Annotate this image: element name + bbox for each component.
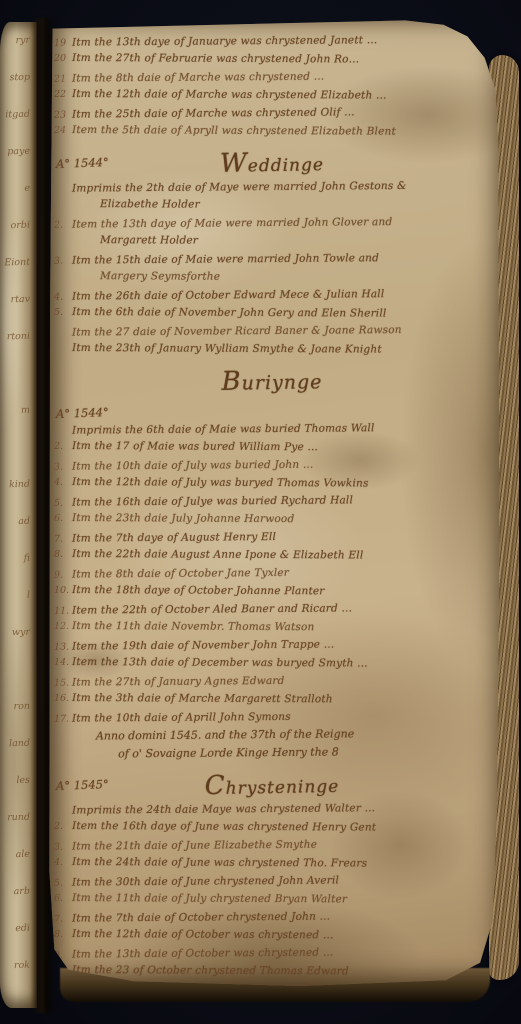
- entry-number: 4.: [54, 854, 72, 872]
- burials-header-row: Buriynge: [54, 366, 490, 396]
- entry-text: Item the 5th daie of Apryll was chrysten…: [72, 121, 396, 141]
- entry-number: 8.: [54, 926, 72, 944]
- entry-text: Item the 16th daye of June was chrystene…: [72, 817, 376, 837]
- entry-text: Itm the 11th daie of July chrystened Bry…: [72, 889, 347, 908]
- burials-heading: Buriynge: [54, 362, 490, 402]
- facing-page-text-fragment: rtav: [0, 281, 37, 319]
- section-weddings: Imprimis the 2th daie of Maye were marri…: [54, 178, 490, 358]
- facing-page-text-fragment: stop: [0, 59, 37, 97]
- facing-page-text-fragment: rtoni: [0, 318, 37, 356]
- facing-page-text-fragment: Eiont: [0, 244, 37, 282]
- colophon-line: of o' Sovaigne Lorde Kinge Henry the 8: [54, 742, 490, 764]
- entry-text: Itm the 23 of October chrystened Thomas …: [72, 961, 349, 980]
- entry-text: Itm the 10th daie of Aprill John Symons: [72, 708, 291, 728]
- facing-page-text-fragment: land: [0, 725, 37, 763]
- facing-page-text-fragment: paye: [0, 133, 37, 171]
- photo-background: ryrstopitgadpayeeorbiEiontrtavrtonimkind…: [0, 0, 521, 1024]
- facing-page-text-fragment: itgad: [0, 96, 37, 134]
- facing-page-text-fragment: orbi: [0, 207, 37, 245]
- entry-number: 24: [54, 122, 72, 140]
- entry-number: 17.: [54, 711, 72, 728]
- entry-text: Itm the 24th daie of June was chrystened…: [72, 853, 367, 873]
- facing-page-text-fragment: edi: [0, 910, 37, 948]
- facing-page-text-fragment: ad: [0, 503, 37, 541]
- entry-number: 12.: [54, 618, 72, 636]
- facing-page-text-fragment: l: [0, 577, 37, 615]
- section-gap: [54, 140, 490, 146]
- facing-page-text-fragment: [0, 355, 37, 393]
- entry-text: Elizabethe Holder: [72, 195, 200, 214]
- entry-text: Item the 13th daie of December was burye…: [72, 653, 368, 673]
- entry-text: Itm the 22th daie August Anne Ipone & El…: [72, 545, 363, 565]
- entry-text: Itm the 27th of Februarie was chrystened…: [72, 49, 359, 69]
- register-entry: Itm the 23th of January Wylliam Smythe &…: [54, 339, 490, 359]
- entry-number: 6.: [54, 510, 72, 528]
- entry-text: Margarett Holder: [72, 231, 198, 250]
- facing-page-text-fragment: arb: [0, 873, 37, 911]
- facing-page-text-fragment: kind: [0, 466, 37, 504]
- entry-text: Itm the 18th daye of October Johanne Pla…: [72, 581, 325, 600]
- facing-page-text-fragment: e: [0, 170, 37, 208]
- facing-page-text-fragment: [0, 429, 37, 467]
- entry-text: Itm the 12th daie of July was buryed Tho…: [72, 473, 369, 493]
- entry-number: 10.: [54, 582, 72, 600]
- section-burials: Imprimis the 6th daie of Maie was buried…: [54, 420, 490, 726]
- facing-page-text-fragment: ale: [0, 836, 37, 874]
- entry-number: 5.: [54, 304, 72, 322]
- entry-number: 16.: [54, 690, 72, 708]
- entry-text: Itm the 11th daie Novembr. Thomas Watson: [72, 617, 315, 636]
- entry-number: 8.: [54, 546, 72, 564]
- regnal-colophon: Anno domini 1545. and the 37th of the Re…: [54, 724, 490, 764]
- facing-page-text-fragment: fi: [0, 540, 37, 578]
- entry-text: Itm the 23th daie July Johanne Harwood: [72, 509, 294, 528]
- christenings-header-row: A° 1545° Chrysteninge: [54, 772, 490, 798]
- burials-year-row: A° 1544°: [54, 400, 490, 418]
- facing-page-text-fragment: ryr: [0, 22, 37, 60]
- manuscript-page: 19Itm the 13th daye of Januarye was chry…: [48, 18, 500, 988]
- entry-text: Itm the 3th daie of Marche Margarett Str…: [72, 689, 333, 708]
- entry-number: 2.: [54, 818, 72, 836]
- register-entry: 24Item the 5th daie of Apryll was chryst…: [54, 121, 490, 141]
- facing-page-text-fragment: wyr: [0, 614, 37, 652]
- facing-page-text-fragment: ron: [0, 688, 37, 726]
- facing-page-edge: ryrstopitgadpayeeorbiEiontrtavrtonimkind…: [0, 22, 37, 1008]
- facing-page-text-fragment: [0, 651, 37, 689]
- entry-number: 14.: [54, 654, 72, 672]
- entry-text: Itm the 12th daie of Marche was chrysten…: [72, 85, 387, 105]
- facing-page-text-fragment: les: [0, 762, 37, 800]
- entry-number: 6.: [54, 890, 72, 908]
- facing-page-text-fragment: m: [0, 392, 37, 430]
- entry-text: Itm the 6th daie of November John Gery a…: [72, 303, 387, 323]
- entry-text: Itm the 23th of January Wylliam Smythe &…: [72, 339, 382, 359]
- section-prior-christenings: 19Itm the 13th daye of Januarye was chry…: [54, 32, 490, 140]
- weddings-header-row: A° 1544° Weddinge: [54, 150, 490, 176]
- entry-text: Itm the 17 of Maie was bured William Pye…: [72, 437, 318, 456]
- facing-page-text-fragment: rund: [0, 799, 37, 837]
- entry-number: 20: [54, 50, 72, 68]
- entry-text: Itm the 12th daie of October was chryste…: [72, 925, 334, 944]
- entry-text: Margery Seymsforthe: [72, 267, 220, 286]
- facing-page-text-fragment: rok: [0, 947, 37, 985]
- entry-number: 4.: [54, 474, 72, 492]
- section-christenings: Imprimis the 24th daie Maye was chrysten…: [54, 800, 490, 998]
- entry-number: 2.: [54, 438, 72, 456]
- entry-number: 22: [54, 86, 72, 104]
